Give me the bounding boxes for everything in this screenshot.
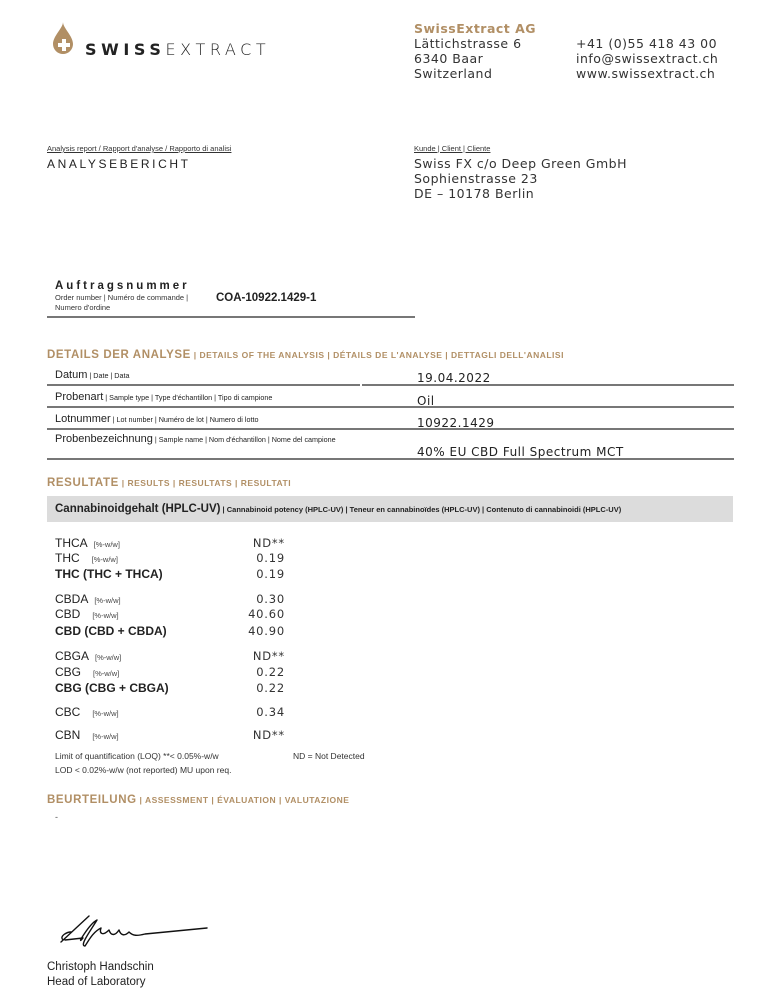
company-address: SwissExtract AG Lättichstrasse 6 6340 Ba… bbox=[414, 21, 536, 81]
cannabinoid-value: 40.60 bbox=[215, 607, 285, 621]
cannabinoid-value: ND** bbox=[215, 649, 285, 663]
signatory-name: Christoph Handschin bbox=[47, 961, 154, 973]
details-table: Datum | Date | Data 19.04.2022 Probenart… bbox=[47, 366, 734, 460]
droplet-cross-icon bbox=[51, 22, 75, 56]
unit-label: [%-w/w] bbox=[92, 709, 118, 718]
company-email[interactable]: info@swissextract.ch bbox=[576, 51, 718, 66]
cannabinoid-value: 0.22 bbox=[215, 681, 285, 695]
cannabinoid-value: ND** bbox=[215, 728, 285, 742]
cannabinoid-value: ND** bbox=[215, 536, 285, 550]
cannabinoid-row: CBGA[%-w/w]ND** bbox=[55, 649, 285, 664]
cannabinoid-row: CBG[%-w/w]0.22 bbox=[55, 665, 285, 680]
cannabinoid-value: 0.19 bbox=[215, 567, 285, 581]
details-row-sample-type: Probenart | Sample type | Type d'échanti… bbox=[47, 386, 734, 408]
client-city: DE – 10178 Berlin bbox=[414, 186, 627, 201]
cannabinoid-row: THC (THC + THCA)0.19 bbox=[55, 567, 285, 582]
signatory-role: Head of Laboratory bbox=[47, 976, 145, 988]
order-number-value: COA-10922.1429-1 bbox=[216, 292, 316, 304]
cannabinoid-row: CBDA[%-w/w]0.30 bbox=[55, 592, 285, 607]
cannabinoid-name: THC (THC + THCA) bbox=[55, 567, 163, 581]
results-band: Cannabinoidgehalt (HPLC-UV) | Cannabinoi… bbox=[47, 496, 733, 522]
brand-logo-text: SWISSEXTRACT bbox=[85, 40, 270, 59]
details-heading: DETAILS DER ANALYSE | DETAILS OF THE ANA… bbox=[47, 349, 564, 361]
cannabinoid-row: THCA[%-w/w]ND** bbox=[55, 536, 285, 551]
cannabinoid-row: CBD (CBD + CBDA)40.90 bbox=[55, 624, 285, 639]
cannabinoid-name: CBD[%-w/w] bbox=[55, 607, 119, 621]
assessment-value: - bbox=[55, 812, 58, 822]
unit-label: [%-w/w] bbox=[92, 611, 118, 620]
cannabinoid-row: THC[%-w/w]0.19 bbox=[55, 551, 285, 566]
unit-label: [%-w/w] bbox=[95, 653, 121, 662]
cannabinoid-row: CBG (CBG + CBGA)0.22 bbox=[55, 681, 285, 696]
cannabinoid-value: 0.22 bbox=[215, 665, 285, 679]
company-website[interactable]: www.swissextract.ch bbox=[576, 66, 718, 81]
report-title: ANALYSEBERICHT bbox=[47, 157, 191, 171]
nd-legend: ND = Not Detected bbox=[293, 751, 365, 761]
order-number-title: Auftragsnummer bbox=[55, 280, 190, 292]
cannabinoid-name: CBD (CBD + CBDA) bbox=[55, 624, 167, 638]
cannabinoid-row: CBN[%-w/w]ND** bbox=[55, 728, 285, 743]
unit-label: [%-w/w] bbox=[92, 732, 118, 741]
cannabinoid-name: THCA[%-w/w] bbox=[55, 536, 120, 550]
unit-label: [%-w/w] bbox=[93, 669, 119, 678]
report-label: Analysis report / Rapport d'analyse / Ra… bbox=[47, 144, 231, 153]
company-phone: +41 (0)55 418 43 00 bbox=[576, 36, 718, 51]
client-name: Swiss FX c/o Deep Green GmbH bbox=[414, 156, 627, 171]
cannabinoid-row: CBC[%-w/w]0.34 bbox=[55, 705, 285, 720]
client-label: Kunde | Client | Cliente bbox=[414, 144, 490, 153]
details-row-lot-number: Lotnummer | Lot number | Numéro de lot |… bbox=[47, 408, 734, 430]
details-row-sample-name: Probenbezeichnung | Sample name | Nom d'… bbox=[47, 430, 734, 460]
results-heading: RESULTATE | RESULTS | RESULTATS | RESULT… bbox=[47, 477, 291, 489]
company-country: Switzerland bbox=[414, 66, 536, 81]
details-value: 19.04.2022 bbox=[362, 366, 491, 384]
company-street: Lättichstrasse 6 bbox=[414, 36, 536, 51]
cannabinoid-name: CBGA[%-w/w] bbox=[55, 649, 121, 663]
cannabinoid-name: CBG[%-w/w] bbox=[55, 665, 119, 679]
company-name: SwissExtract AG bbox=[414, 21, 536, 36]
details-label: Probenart | Sample type | Type d'échanti… bbox=[47, 386, 362, 406]
cannabinoid-name: CBC[%-w/w] bbox=[55, 705, 119, 719]
client-address: Swiss FX c/o Deep Green GmbH Sophienstra… bbox=[414, 156, 627, 201]
cannabinoid-value: 0.30 bbox=[215, 592, 285, 606]
company-city: 6340 Baar bbox=[414, 51, 536, 66]
cannabinoid-name: CBG (CBG + CBGA) bbox=[55, 681, 169, 695]
details-row-date: Datum | Date | Data 19.04.2022 bbox=[47, 366, 734, 386]
client-street: Sophienstrasse 23 bbox=[414, 171, 627, 186]
divider bbox=[47, 316, 415, 318]
cannabinoid-name: CBN[%-w/w] bbox=[55, 728, 119, 742]
unit-label: [%-w/w] bbox=[92, 555, 118, 564]
lod-note: LOD < 0.02%-w/w (not reported) MU upon r… bbox=[55, 765, 231, 775]
details-label: Datum | Date | Data bbox=[47, 366, 362, 384]
unit-label: [%-w/w] bbox=[94, 540, 120, 549]
details-value: 10922.1429 bbox=[362, 408, 495, 428]
loq-note: Limit of quantification (LOQ) **< 0.05%-… bbox=[55, 751, 219, 761]
cannabinoid-name: CBDA[%-w/w] bbox=[55, 592, 121, 606]
order-number-subtitle: Order number | Numéro de commande | Nume… bbox=[55, 293, 205, 313]
assessment-heading: BEURTEILUNG | ASSESSMENT | ÉVALUATION | … bbox=[47, 794, 349, 806]
cannabinoid-value: 0.34 bbox=[215, 705, 285, 719]
company-contact: +41 (0)55 418 43 00 info@swissextract.ch… bbox=[576, 36, 718, 81]
cannabinoid-row: CBD[%-w/w]40.60 bbox=[55, 607, 285, 622]
signature-image bbox=[55, 910, 215, 950]
details-label: Probenbezeichnung | Sample name | Nom d'… bbox=[47, 430, 362, 458]
cannabinoid-value: 0.19 bbox=[215, 551, 285, 565]
unit-label: [%-w/w] bbox=[94, 596, 120, 605]
cannabinoid-name: THC[%-w/w] bbox=[55, 551, 118, 565]
details-value: Oil bbox=[362, 386, 435, 406]
cannabinoid-value: 40.90 bbox=[215, 624, 285, 638]
details-label: Lotnummer | Lot number | Numéro de lot |… bbox=[47, 408, 362, 428]
details-value: 40% EU CBD Full Spectrum MCT bbox=[362, 430, 624, 458]
